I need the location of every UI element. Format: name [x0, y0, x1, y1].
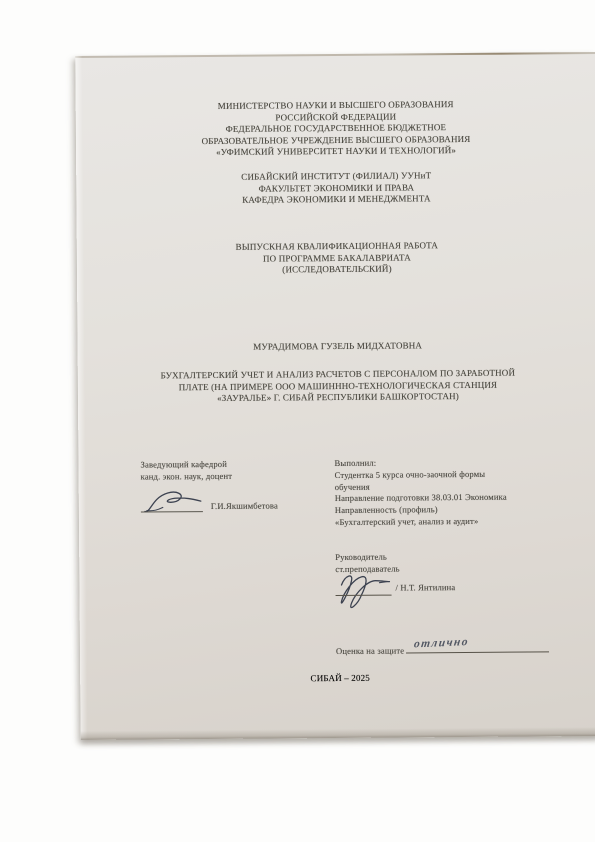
author-line: МУРАДИМОВА ГУЗЕЛЬ МИДХАТОВНА	[78, 339, 595, 355]
ministry-header: МИНИСТЕРСТВО НАУКИ И ВЫСШЕГО ОБРАЗОВАНИЯ…	[76, 98, 595, 160]
grade-row: Оценка на защите отлично	[336, 640, 566, 662]
institute-header: СИБАЙСКИЙ ИНСТИТУТ (ФИЛИАЛ) УУНиТ ФАКУЛЬ…	[76, 169, 595, 208]
supervisor-signature	[335, 571, 395, 615]
performer-block: Выполнил: Студентка 5 курса очно-заочной…	[334, 456, 566, 661]
document-page: МИНИСТЕРСТВО НАУКИ И ВЫСШЕГО ОБРАЗОВАНИЯ…	[75, 52, 595, 740]
city-year-text: СИБАЙ – 2025	[310, 673, 369, 683]
supervisor-name: / Н.Т. Янтилина	[395, 582, 455, 594]
grade-line	[406, 652, 549, 654]
work-type-block: ВЫПУСКНАЯ КВАЛИФИКАЦИОННАЯ РАБОТА ПО ПРО…	[77, 239, 595, 278]
author-name: МУРАДИМОВА ГУЗЕЛЬ МИДХАТОВНА	[78, 339, 595, 355]
performer-line: «Бухгалтерский учет, анализ и аудит»	[335, 515, 565, 529]
paper-bottom-edge	[81, 727, 595, 740]
thesis-title: БУХГАЛТЕРСКИЙ УЧЕТ И АНАЛИЗ РАСЧЕТОВ С П…	[78, 367, 595, 406]
head-name: Г.И.Якшимбетова	[211, 500, 278, 512]
department-head-block: Заведующий кафедрой канд. экон. наук, до…	[140, 458, 330, 517]
grade-label: Оценка на защите	[336, 646, 404, 657]
city-year: СИБАЙ – 2025	[80, 666, 595, 688]
grade-handwritten-value: отлично	[413, 636, 470, 650]
photo-background: МИНИСТЕРСТВО НАУКИ И ВЫСШЕГО ОБРАЗОВАНИЯ…	[0, 0, 595, 842]
supervisor-signature-row: / Н.Т. Янтилина	[335, 574, 565, 616]
supervisor-block: Руководитель ст.преподаватель / Н.Т. Янт…	[335, 550, 565, 615]
paper-top-edge	[75, 52, 595, 58]
head-signature-row: Г.И.Якшимбетова	[141, 482, 331, 517]
